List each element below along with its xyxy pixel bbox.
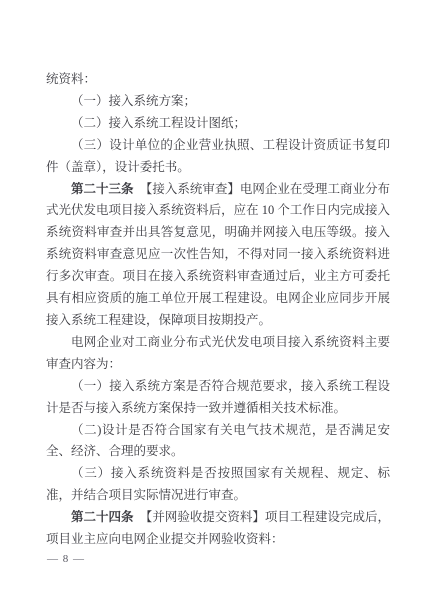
text-run: 电网企业对工商业分布式光伏发电项目接入系统资料主要审查内容为： — [46, 335, 390, 371]
text-run: 统资料： — [46, 72, 96, 86]
paragraph: （三）设计单位的企业营业执照、工程设计资质证书复印件（盖章），设计委托书。 — [46, 135, 390, 179]
text-run: （三）设计单位的企业营业执照、工程设计资质证书复印件（盖章），设计委托书。 — [46, 138, 390, 174]
text-run: 【接入系统审查】电网企业在受理工商业分布式光伏发电项目接入系统资料后，应在 10… — [46, 182, 390, 327]
text-run: （二）接入系统工程设计图纸； — [71, 116, 246, 130]
text-run: （二)设计是否符合国家有关电气技术规范，是否满足安全、经济、合理的要求。 — [46, 423, 390, 459]
article-number: 第二十三条 — [71, 182, 134, 196]
paragraph: （二）接入系统工程设计图纸； — [46, 113, 390, 135]
paragraph: 第二十三条 【接入系统审查】电网企业在受理工商业分布式光伏发电项目接入系统资料后… — [46, 179, 390, 332]
document-body: 统资料：（一）接入系统方案；（二）接入系统工程设计图纸；（三）设计单位的企业营业… — [46, 69, 390, 551]
article-number: 第二十四条 — [71, 510, 134, 524]
paragraph: （三）接入系统资料是否按照国家有关规程、规定、标准，并结合项目实际情况进行审查。 — [46, 463, 390, 507]
text-run: （一）接入系统方案是否符合规范要求，接入系统工程设计是否与接入系统方案保持一致并… — [46, 379, 390, 415]
paragraph: （二)设计是否符合国家有关电气技术规范，是否满足安全、经济、合理的要求。 — [46, 420, 390, 464]
document-page: 统资料：（一）接入系统方案；（二）接入系统工程设计图纸；（三）设计单位的企业营业… — [0, 0, 428, 610]
text-run: （一）接入系统方案； — [71, 94, 196, 108]
page-number: — 8 — — [47, 553, 85, 565]
paragraph: 电网企业对工商业分布式光伏发电项目接入系统资料主要审查内容为： — [46, 332, 390, 376]
text-run: （三）接入系统资料是否按照国家有关规程、规定、标准，并结合项目实际情况进行审查。 — [46, 466, 390, 502]
paragraph: 统资料： — [46, 69, 390, 91]
paragraph: （一）接入系统方案是否符合规范要求，接入系统工程设计是否与接入系统方案保持一致并… — [46, 376, 390, 420]
paragraph: 第二十四条 【并网验收提交资料】项目工程建设完成后，项目业主应向电网企业提交并网… — [46, 507, 390, 551]
paragraph: （一）接入系统方案； — [46, 91, 390, 113]
